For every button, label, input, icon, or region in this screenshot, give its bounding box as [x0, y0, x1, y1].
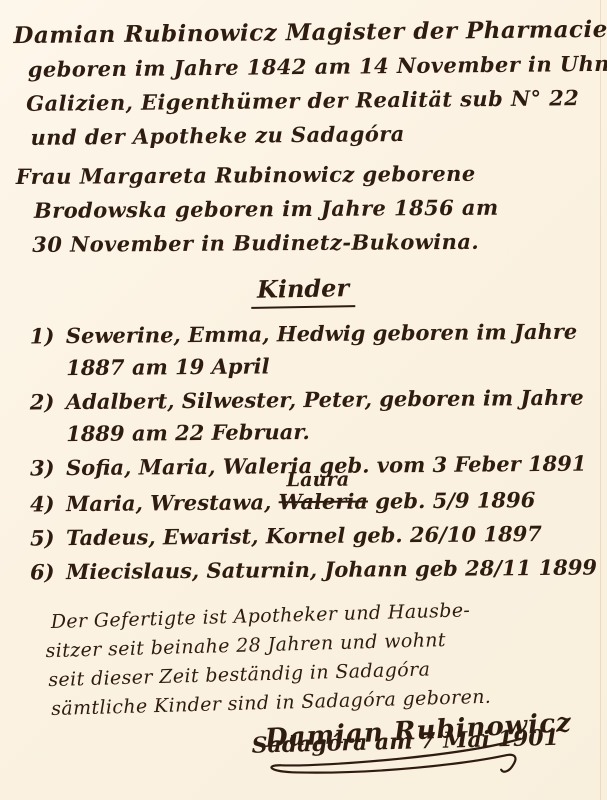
list-item-text: Maria, Wrestawa, LauraWaleria geb. 5/9 1…	[66, 484, 597, 521]
list-item-text: Miecislaus, Saturnin, Johann geb 28/11 1…	[66, 552, 597, 589]
wife-line: Frau Margareta Rubinowicz geborene	[16, 156, 599, 194]
signature-block: Damian Rubinowicz	[265, 708, 575, 790]
list-item: 2) Adalbert, Silwester, Peter, geboren i…	[30, 382, 598, 451]
list-item: 1) Sewerine, Emma, Hedwig geboren im Jah…	[30, 316, 598, 385]
list-item-number: 1)	[30, 320, 66, 352]
list-item-text-suffix: geb. 5/9 1896	[368, 487, 536, 513]
wife-line: 30 November in Budinetz-Bukowina.	[32, 224, 599, 262]
list-item-text-prefix: Maria, Wrestawa,	[66, 489, 279, 516]
list-item: 6) Miecislaus, Saturnin, Johann geb 28/1…	[30, 552, 597, 589]
correction-above: Laura	[286, 469, 349, 489]
list-item: 5) Tadeus, Ewarist, Kornel geb. 26/10 18…	[30, 518, 597, 555]
corrected-word: LauraWaleria	[278, 486, 368, 519]
list-item: 4) Maria, Wrestawa, LauraWaleria geb. 5/…	[30, 484, 597, 521]
list-item-number: 6)	[30, 556, 66, 588]
struck-word: Waleria	[279, 489, 369, 515]
list-item-number: 2)	[30, 386, 66, 418]
children-heading: Kinder	[0, 274, 607, 308]
list-item-number: 4)	[30, 488, 66, 520]
list-item-number: 3)	[30, 452, 66, 484]
list-item-text: Sewerine, Emma, Hedwig geboren im Jahre …	[66, 316, 598, 385]
wife-paragraph: Frau Margareta Rubinowicz geborene Brodo…	[16, 156, 600, 262]
intro-paragraph: Damian Rubinowicz Magister der Pharmacie…	[13, 13, 599, 155]
document-page: Damian Rubinowicz Magister der Pharmacie…	[0, 0, 607, 800]
list-item-number: 5)	[30, 522, 66, 554]
wife-line: Brodowska geboren im Jahre 1856 am	[34, 190, 599, 228]
children-list: 1) Sewerine, Emma, Hedwig geboren im Jah…	[30, 318, 597, 586]
intro-line: Galizien, Eigenthümer der Realität sub N…	[26, 81, 599, 121]
children-heading-text: Kinder	[251, 273, 356, 309]
list-item-text: Tadeus, Ewarist, Kornel geb. 26/10 1897	[66, 518, 597, 555]
closing-paragraph: Der Gefertigte ist Apotheker und Hausbe-…	[50, 593, 588, 724]
intro-line: und der Apotheke zu Sadagóra	[30, 115, 599, 155]
list-item-text: Adalbert, Silwester, Peter, geboren im J…	[66, 382, 598, 451]
